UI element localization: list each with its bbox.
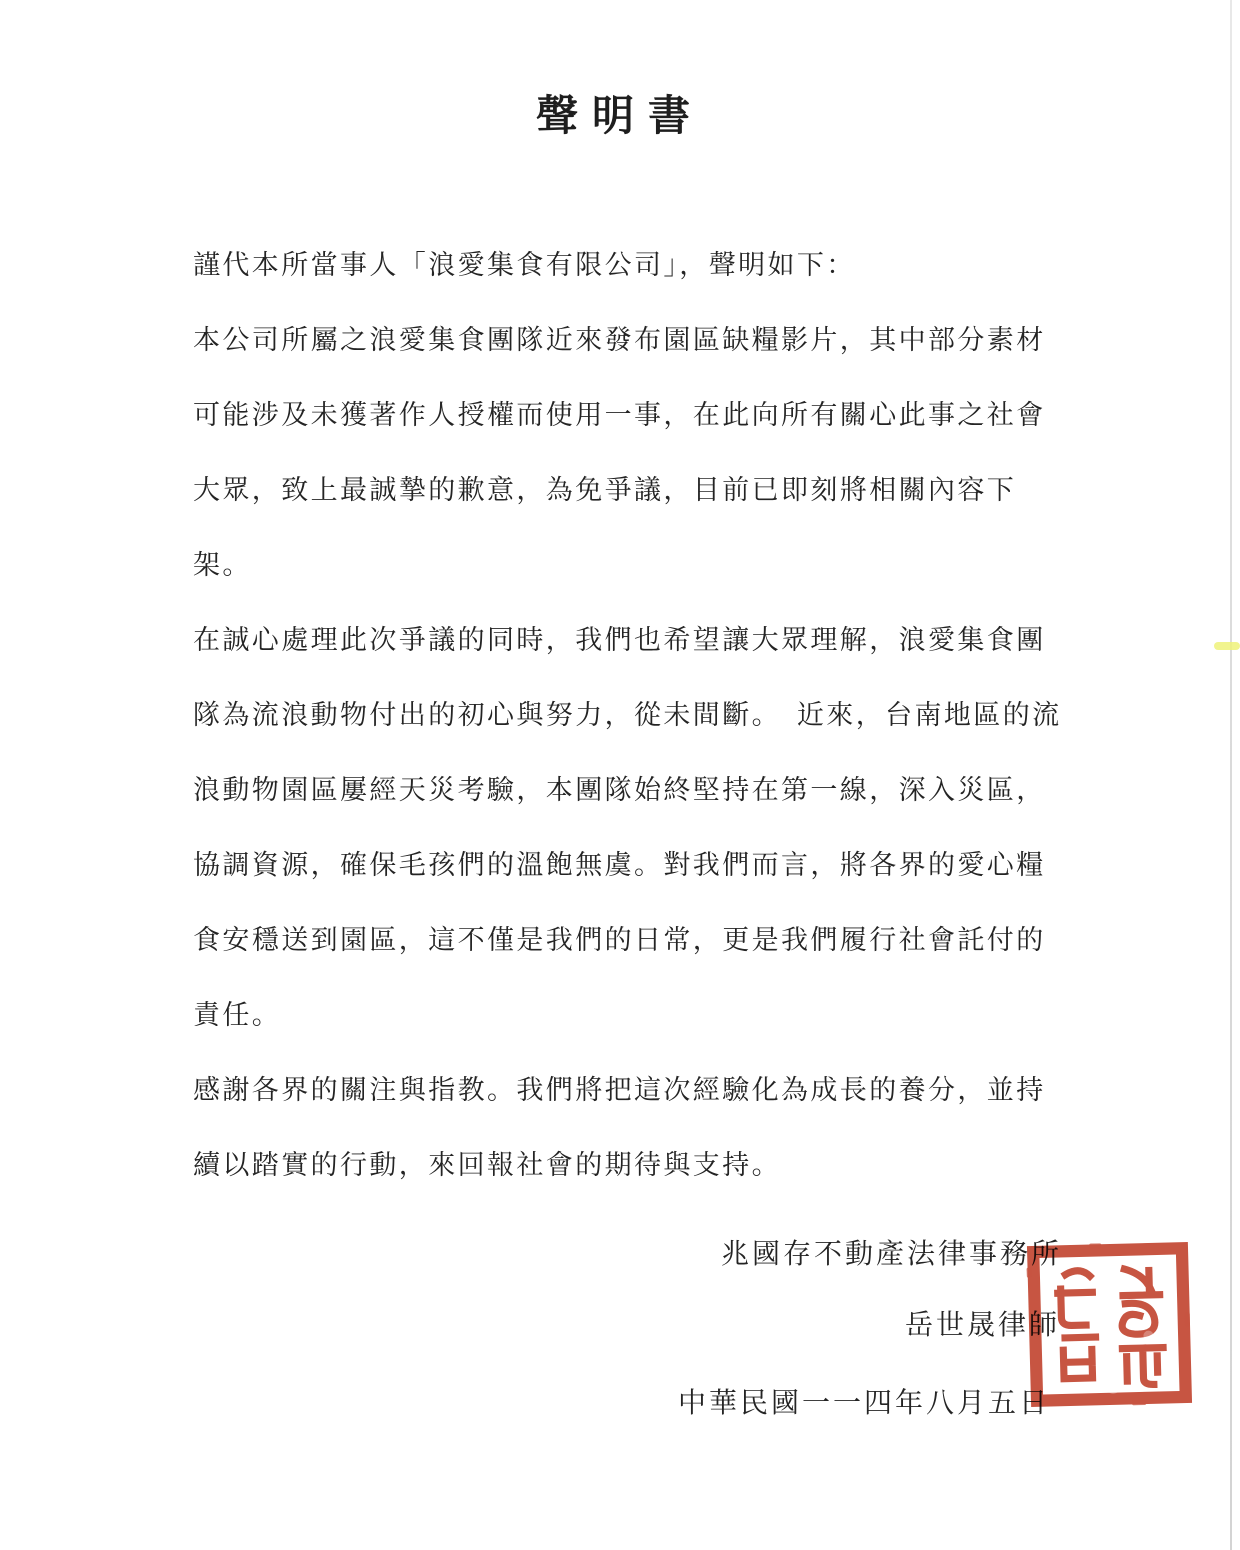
highlighter-speck-artifact xyxy=(1214,642,1240,650)
statement-line: 協調資源，確保毛孩們的溫飽無虞。對我們而言，將各界的愛心糧 xyxy=(193,828,1073,903)
red-square-seal-stamp-icon xyxy=(1026,1241,1193,1408)
statement-line: 可能涉及未獲著作人授權而使用一事，在此向所有關心此事之社會 xyxy=(193,378,1073,453)
scanned-statement-page: 聲明書 謹代本所當事人「浪愛集食有限公司」，聲明如下：本公司所屬之浪愛集食團隊近… xyxy=(0,0,1240,1550)
statement-line: 感謝各界的關注與指教。我們將把這次經驗化為成長的養分，並持 xyxy=(193,1053,1073,1128)
statement-line: 食安穩送到園區，這不僅是我們的日常，更是我們履行社會託付的 xyxy=(193,903,1073,978)
statement-line: 責任。 xyxy=(193,978,1073,1053)
statement-line: 浪動物園區屢經天災考驗，本團隊始終堅持在第一線，深入災區， xyxy=(193,753,1073,828)
law-firm-name: 兆國存不動產法律事務所 xyxy=(721,1232,1062,1272)
statement-line: 謹代本所當事人「浪愛集食有限公司」，聲明如下： xyxy=(193,228,1073,303)
statement-line: 架。 xyxy=(193,528,1073,603)
statement-line: 本公司所屬之浪愛集食團隊近來發布園區缺糧影片，其中部分素材 xyxy=(193,303,1073,378)
statement-line: 續以踏實的行動，來回報社會的期待與支持。 xyxy=(193,1128,1073,1203)
statement-date: 中華民國一一四年八月五日 xyxy=(678,1381,1050,1421)
statement-line: 隊為流浪動物付出的初心與努力，從未間斷。 近來，台南地區的流 xyxy=(193,678,1073,753)
statement-line: 在誠心處理此次爭議的同時，我們也希望讓大眾理解，浪愛集食團 xyxy=(193,603,1073,678)
scan-edge-line-artifact xyxy=(1230,0,1232,1550)
document-title: 聲明書 xyxy=(0,92,1240,142)
statement-body: 謹代本所當事人「浪愛集食有限公司」，聲明如下：本公司所屬之浪愛集食團隊近來發布園… xyxy=(193,228,1073,1203)
statement-line: 大眾，致上最誠摯的歉意，為免爭議，目前已即刻將相關內容下 xyxy=(193,453,1073,528)
